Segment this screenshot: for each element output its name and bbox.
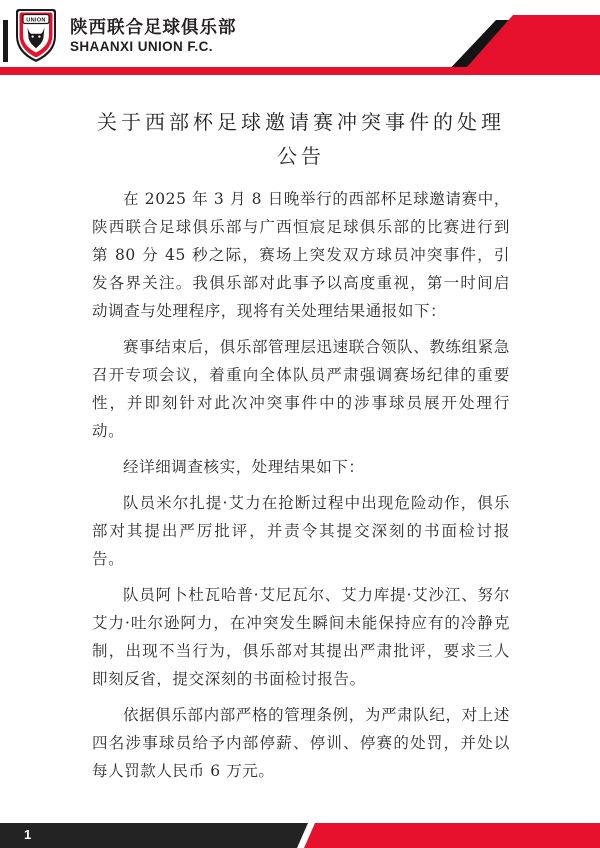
club-name-block: 陕西联合足球俱乐部 SHAANXI UNION F.C. (70, 17, 237, 55)
club-crest-logo: UNION (15, 8, 57, 63)
document-title-line2: 公告 (92, 139, 510, 173)
paragraph-meeting: 赛事结束后，俱乐部管理层迅速联合领队、教练组紧急召开专项会议，着重向全体队员严肃… (92, 333, 510, 445)
document-title-line1: 关于西部杯足球邀请赛冲突事件的处理 (92, 105, 510, 139)
club-name-en: SHAANXI UNION F.C. (70, 38, 237, 55)
page-number: 1 (24, 827, 31, 842)
header: UNION 陕西联合足球俱乐部 SHAANXI UNION F.C. (0, 0, 600, 75)
paragraph-player-one: 队员米尔扎提·艾力在抢断过程中出现危险动作，俱乐部对其提出严厉批评，并责令其提交… (92, 489, 510, 573)
document-title: 关于西部杯足球邀请赛冲突事件的处理 公告 (92, 105, 510, 173)
paragraph-player-three: 队员阿卜杜瓦哈普·艾尼瓦尔、艾力库提·艾沙江、努尔艾力·吐尔逊阿力，在冲突发生瞬… (92, 581, 510, 693)
footer-dark-band (0, 823, 320, 848)
paragraph-intro: 在 2025 年 3 月 8 日晚举行的西部杯足球邀请赛中，陕西联合足球俱乐部与… (92, 185, 510, 325)
club-name-zh: 陕西联合足球俱乐部 (70, 17, 237, 38)
footer: 1 (0, 823, 600, 848)
crest-text: UNION (26, 17, 46, 23)
announcement-document: 关于西部杯足球邀请赛冲突事件的处理 公告 在 2025 年 3 月 8 日晚举行… (0, 75, 600, 785)
paragraph-penalty: 依据俱乐部内部严格的管理条例，为严肃队纪，对上述四名涉事球员给予内部停薪、停训、… (92, 701, 510, 785)
left-accent-bar (3, 20, 8, 62)
paragraph-investigation: 经详细调查核实，处理结果如下： (92, 453, 510, 481)
